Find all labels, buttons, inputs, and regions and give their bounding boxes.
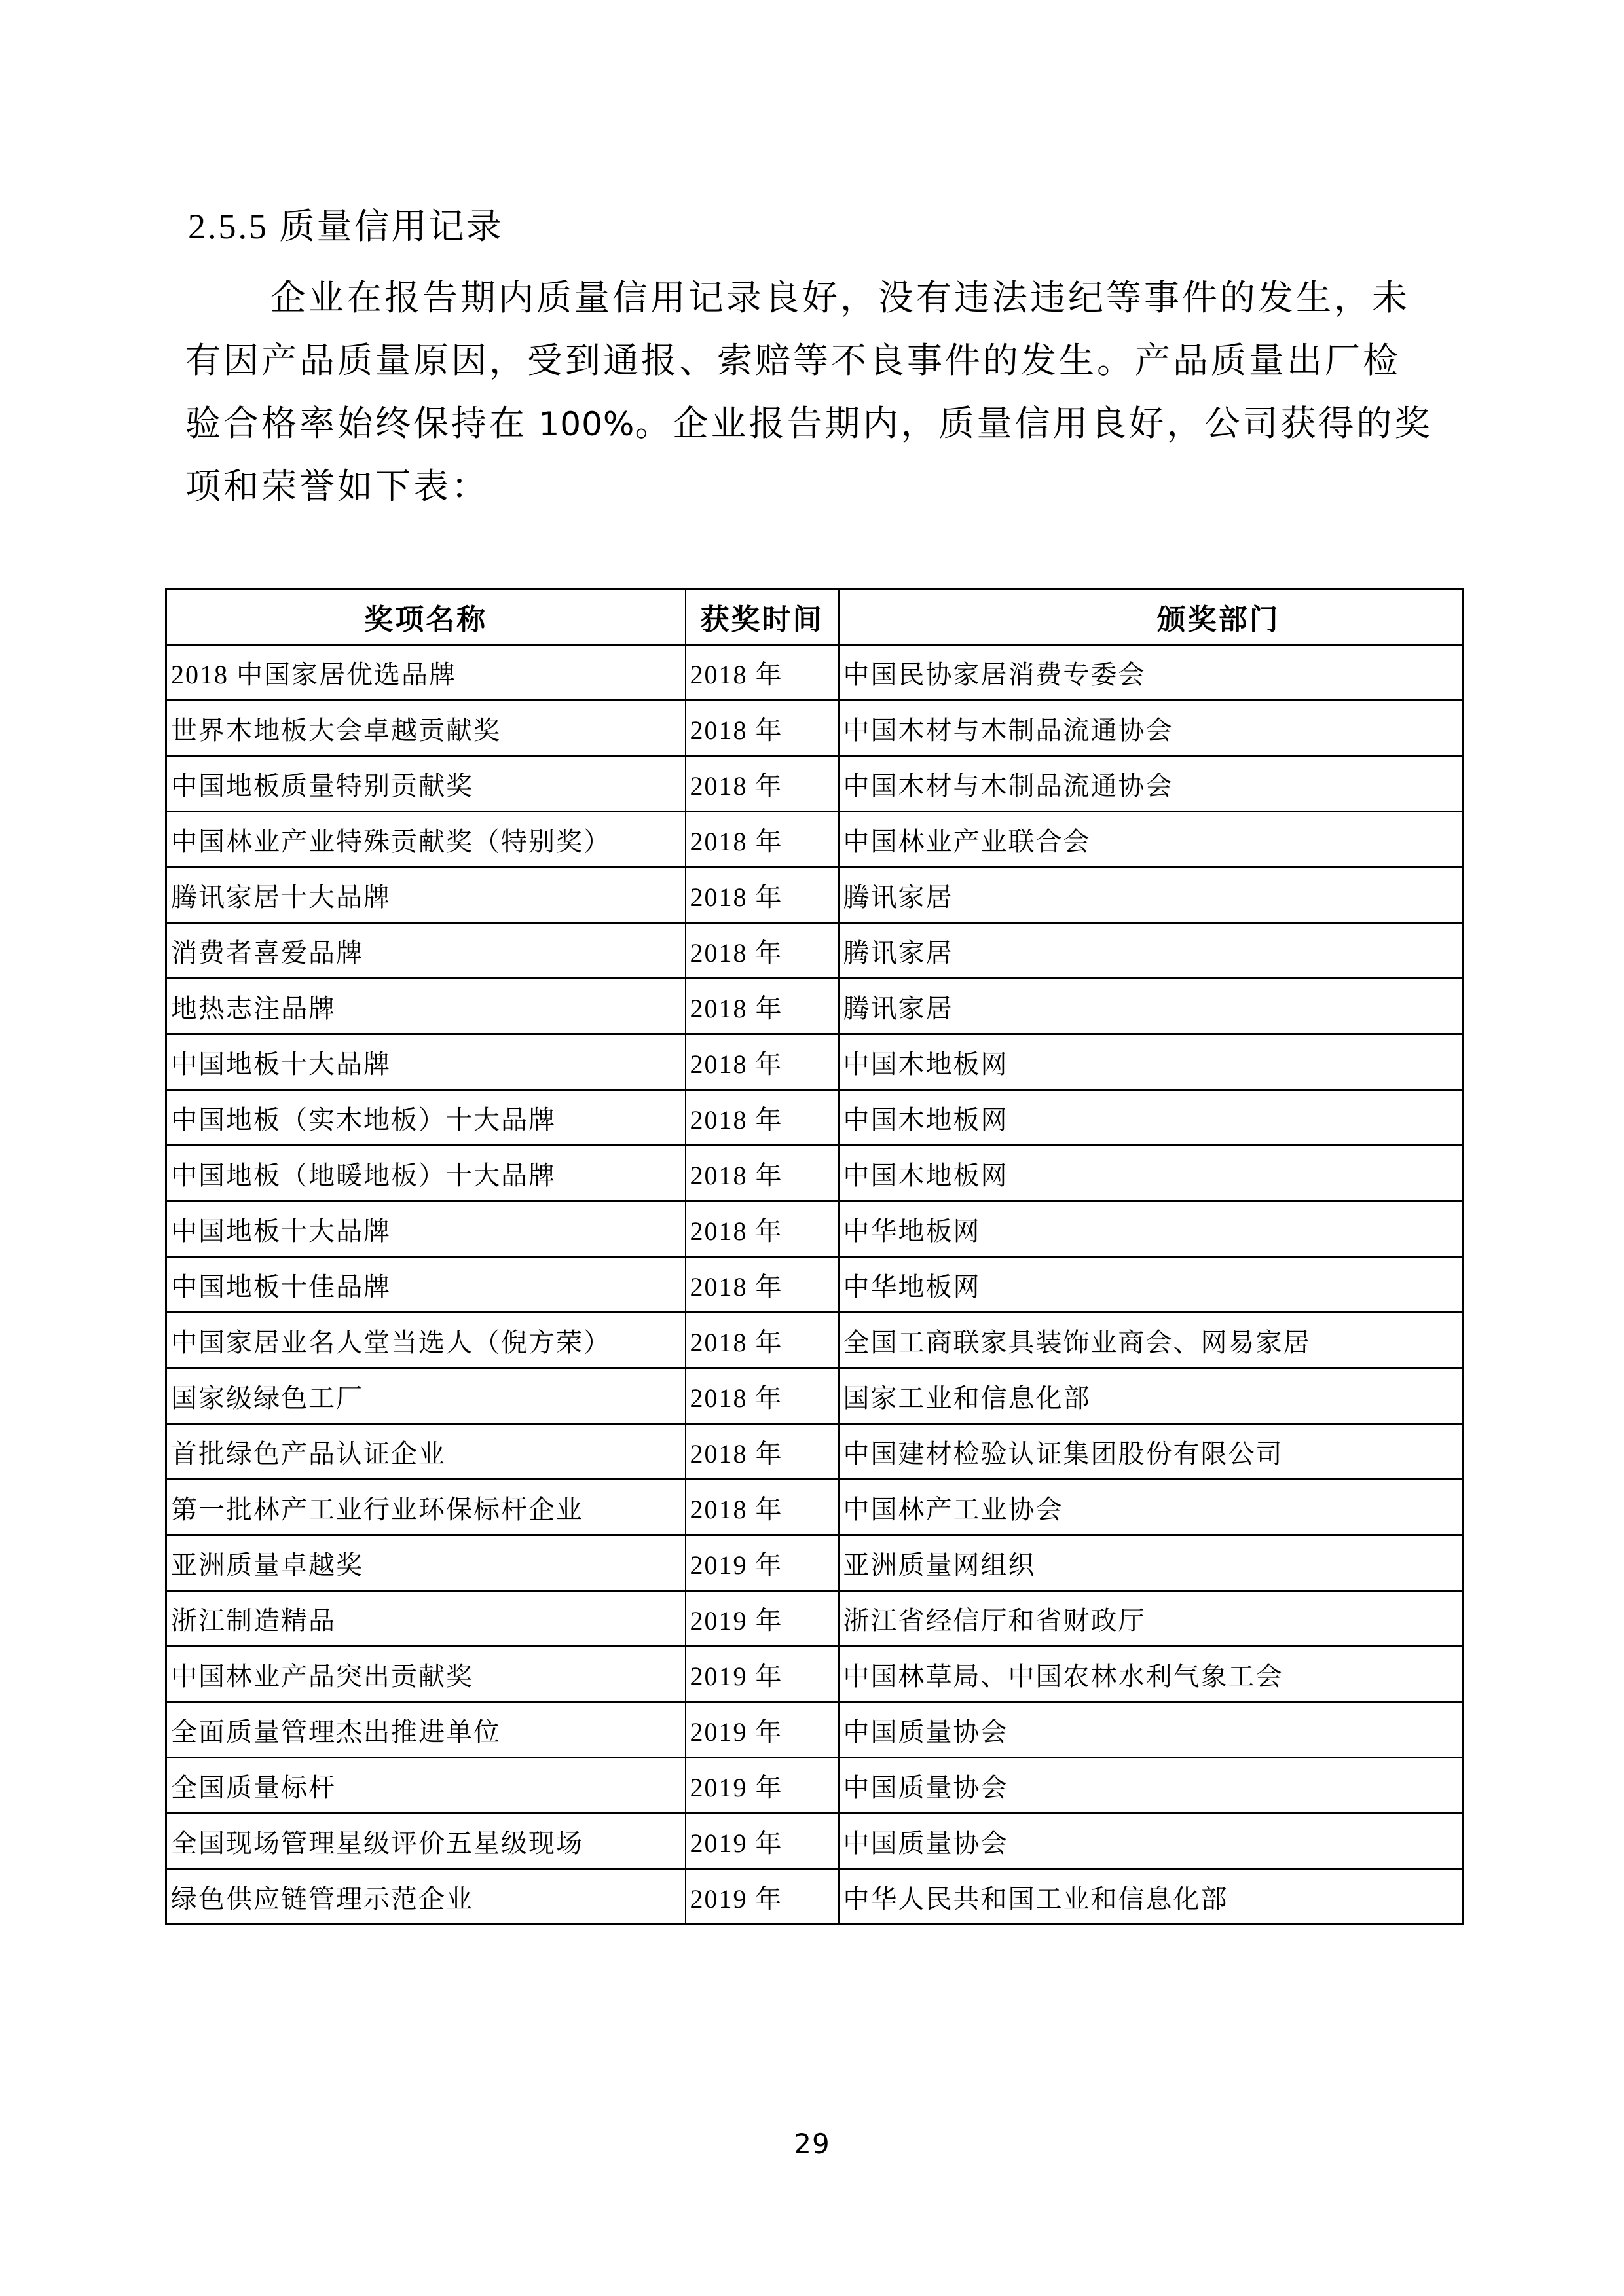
award-name-cell: 腾讯家居十大品牌: [166, 867, 686, 923]
header-award-issuer: 颁奖部门: [839, 589, 1463, 645]
paragraph-line: 企业在报告期内质量信用记录良好，没有违法违纪等事件的发生，未: [185, 266, 1419, 329]
award-year-cell: 2018 年: [686, 1313, 839, 1368]
awards-table-body: 2018 中国家居优选品牌 2018 年 中国民协家居消费专委会 世界木地板大会…: [166, 645, 1463, 1925]
award-year-cell: 2018 年: [686, 1201, 839, 1257]
award-issuer-cell: 中国林草局、中国农林水利气象工会: [839, 1647, 1463, 1702]
award-issuer-cell: 中国质量协会: [839, 1813, 1463, 1869]
award-name-cell: 全面质量管理杰出推进单位: [166, 1702, 686, 1758]
table-row: 第一批林产工业行业环保标杆企业 2018 年 中国林产工业协会: [166, 1480, 1463, 1535]
award-name-cell: 第一批林产工业行业环保标杆企业: [166, 1480, 686, 1535]
paragraph-line: 验合格率始终保持在 100%。企业报告期内，质量信用良好，公司获得的奖: [185, 392, 1419, 455]
award-issuer-cell: 亚洲质量网组织: [839, 1535, 1463, 1591]
table-row: 全国现场管理星级评价五星级现场 2019 年 中国质量协会: [166, 1813, 1463, 1869]
award-name-cell: 地热志注品牌: [166, 979, 686, 1034]
award-issuer-cell: 腾讯家居: [839, 979, 1463, 1034]
awards-table: 奖项名称 获奖时间 颁奖部门 2018 中国家居优选品牌 2018 年 中国民协…: [165, 588, 1464, 1925]
award-year-cell: 2018 年: [686, 1424, 839, 1480]
award-name-cell: 国家级绿色工厂: [166, 1368, 686, 1424]
award-year-cell: 2018 年: [686, 1480, 839, 1535]
award-issuer-cell: 中国木材与木制品流通协会: [839, 756, 1463, 812]
table-row: 地热志注品牌 2018 年 腾讯家居: [166, 979, 1463, 1034]
document-page: 2.5.5 质量信用记录 企业在报告期内质量信用记录良好，没有违法违纪等事件的发…: [0, 0, 1624, 2296]
paragraph-text: 有因产品质量原因，受到通报、索赔等不良事件的发生。产品质量出厂检: [185, 341, 1401, 380]
award-year-cell: 2018 年: [686, 1146, 839, 1201]
table-row: 浙江制造精品 2019 年 浙江省经信厅和省财政厅: [166, 1591, 1463, 1647]
table-row: 中国地板十大品牌 2018 年 中国木地板网: [166, 1034, 1463, 1090]
header-award-time: 获奖时间: [686, 589, 839, 645]
award-name-cell: 中国地板十大品牌: [166, 1034, 686, 1090]
award-year-cell: 2018 年: [686, 645, 839, 701]
award-issuer-cell: 中国民协家居消费专委会: [839, 645, 1463, 701]
award-year-cell: 2019 年: [686, 1647, 839, 1702]
section-heading: 2.5.5 质量信用记录: [188, 203, 504, 250]
award-year-cell: 2019 年: [686, 1535, 839, 1591]
table-row: 腾讯家居十大品牌 2018 年 腾讯家居: [166, 867, 1463, 923]
award-issuer-cell: 腾讯家居: [839, 923, 1463, 979]
award-name-cell: 绿色供应链管理示范企业: [166, 1869, 686, 1925]
percent-value: 100%: [539, 405, 635, 443]
award-issuer-cell: 国家工业和信息化部: [839, 1368, 1463, 1424]
award-issuer-cell: 中国林产工业协会: [839, 1480, 1463, 1535]
award-issuer-cell: 中国质量协会: [839, 1758, 1463, 1813]
table-row: 国家级绿色工厂 2018 年 国家工业和信息化部: [166, 1368, 1463, 1424]
header-award-name: 奖项名称: [166, 589, 686, 645]
award-year-cell: 2019 年: [686, 1869, 839, 1925]
award-name-cell: 中国地板（实木地板）十大品牌: [166, 1090, 686, 1146]
table-row: 2018 中国家居优选品牌 2018 年 中国民协家居消费专委会: [166, 645, 1463, 701]
table-row: 中国地板质量特别贡献奖 2018 年 中国木材与木制品流通协会: [166, 756, 1463, 812]
table-row: 全国质量标杆 2019 年 中国质量协会: [166, 1758, 1463, 1813]
award-issuer-cell: 中国木地板网: [839, 1090, 1463, 1146]
award-issuer-cell: 中国质量协会: [839, 1702, 1463, 1758]
award-year-cell: 2019 年: [686, 1813, 839, 1869]
table-row: 中国家居业名人堂当选人（倪方荣） 2018 年 全国工商联家具装饰业商会、网易家…: [166, 1313, 1463, 1368]
award-year-cell: 2018 年: [686, 979, 839, 1034]
award-year-cell: 2018 年: [686, 812, 839, 867]
award-name-cell: 消费者喜爱品牌: [166, 923, 686, 979]
award-year-cell: 2018 年: [686, 701, 839, 756]
award-name-cell: 全国质量标杆: [166, 1758, 686, 1813]
award-issuer-cell: 中国木材与木制品流通协会: [839, 701, 1463, 756]
table-row: 中国林业产品突出贡献奖 2019 年 中国林草局、中国农林水利气象工会: [166, 1647, 1463, 1702]
award-name-cell: 中国林业产业特殊贡献奖（特别奖）: [166, 812, 686, 867]
header-row: 奖项名称 获奖时间 颁奖部门: [166, 589, 1463, 645]
award-issuer-cell: 中国木地板网: [839, 1034, 1463, 1090]
award-year-cell: 2018 年: [686, 1090, 839, 1146]
paragraph-text: 企业在报告期内质量信用记录良好，没有违法违纪等事件的发生，未: [270, 278, 1410, 318]
table-row: 中国地板十佳品牌 2018 年 中华地板网: [166, 1257, 1463, 1313]
table-row: 全面质量管理杰出推进单位 2019 年 中国质量协会: [166, 1702, 1463, 1758]
paragraph-line: 有因产品质量原因，受到通报、索赔等不良事件的发生。产品质量出厂检: [185, 329, 1419, 392]
award-name-cell: 中国地板质量特别贡献奖: [166, 756, 686, 812]
award-name-cell: 中国家居业名人堂当选人（倪方荣）: [166, 1313, 686, 1368]
award-year-cell: 2019 年: [686, 1758, 839, 1813]
award-name-cell: 中国林业产品突出贡献奖: [166, 1647, 686, 1702]
paragraph-line: 项和荣誉如下表：: [185, 455, 1419, 518]
award-issuer-cell: 中国木地板网: [839, 1146, 1463, 1201]
award-name-cell: 全国现场管理星级评价五星级现场: [166, 1813, 686, 1869]
award-name-cell: 中国地板（地暖地板）十大品牌: [166, 1146, 686, 1201]
table-row: 消费者喜爱品牌 2018 年 腾讯家居: [166, 923, 1463, 979]
award-name-cell: 亚洲质量卓越奖: [166, 1535, 686, 1591]
award-name-cell: 首批绿色产品认证企业: [166, 1424, 686, 1480]
award-issuer-cell: 中华地板网: [839, 1201, 1463, 1257]
table-row: 中国林业产业特殊贡献奖（特别奖） 2018 年 中国林业产业联合会: [166, 812, 1463, 867]
award-year-cell: 2018 年: [686, 1257, 839, 1313]
page-number: 29: [0, 2128, 1624, 2160]
award-issuer-cell: 腾讯家居: [839, 867, 1463, 923]
table-row: 绿色供应链管理示范企业 2019 年 中华人民共和国工业和信息化部: [166, 1869, 1463, 1925]
paragraph-text: 。企业报告期内，质量信用良好，公司获得的奖: [635, 404, 1432, 443]
award-name-cell: 2018 中国家居优选品牌: [166, 645, 686, 701]
award-year-cell: 2019 年: [686, 1591, 839, 1647]
award-issuer-cell: 中华人民共和国工业和信息化部: [839, 1869, 1463, 1925]
award-year-cell: 2018 年: [686, 1368, 839, 1424]
body-paragraph: 企业在报告期内质量信用记录良好，没有违法违纪等事件的发生，未有因产品质量原因，受…: [185, 266, 1419, 518]
award-name-cell: 中国地板十佳品牌: [166, 1257, 686, 1313]
award-year-cell: 2018 年: [686, 1034, 839, 1090]
table-row: 中国地板（地暖地板）十大品牌 2018 年 中国木地板网: [166, 1146, 1463, 1201]
table-row: 中国地板十大品牌 2018 年 中华地板网: [166, 1201, 1463, 1257]
award-year-cell: 2019 年: [686, 1702, 839, 1758]
award-issuer-cell: 中国建材检验认证集团股份有限公司: [839, 1424, 1463, 1480]
table-row: 中国地板（实木地板）十大品牌 2018 年 中国木地板网: [166, 1090, 1463, 1146]
paragraph-text: 项和荣誉如下表：: [185, 467, 489, 506]
award-issuer-cell: 全国工商联家具装饰业商会、网易家居: [839, 1313, 1463, 1368]
awards-table-header: 奖项名称 获奖时间 颁奖部门: [166, 589, 1463, 645]
table-row: 世界木地板大会卓越贡献奖 2018 年 中国木材与木制品流通协会: [166, 701, 1463, 756]
award-issuer-cell: 中国林业产业联合会: [839, 812, 1463, 867]
award-year-cell: 2018 年: [686, 756, 839, 812]
table-row: 首批绿色产品认证企业 2018 年 中国建材检验认证集团股份有限公司: [166, 1424, 1463, 1480]
award-year-cell: 2018 年: [686, 923, 839, 979]
award-name-cell: 中国地板十大品牌: [166, 1201, 686, 1257]
award-issuer-cell: 中华地板网: [839, 1257, 1463, 1313]
award-issuer-cell: 浙江省经信厅和省财政厅: [839, 1591, 1463, 1647]
award-name-cell: 浙江制造精品: [166, 1591, 686, 1647]
award-year-cell: 2018 年: [686, 867, 839, 923]
award-name-cell: 世界木地板大会卓越贡献奖: [166, 701, 686, 756]
paragraph-text: 验合格率始终保持在: [185, 404, 539, 443]
table-row: 亚洲质量卓越奖 2019 年 亚洲质量网组织: [166, 1535, 1463, 1591]
